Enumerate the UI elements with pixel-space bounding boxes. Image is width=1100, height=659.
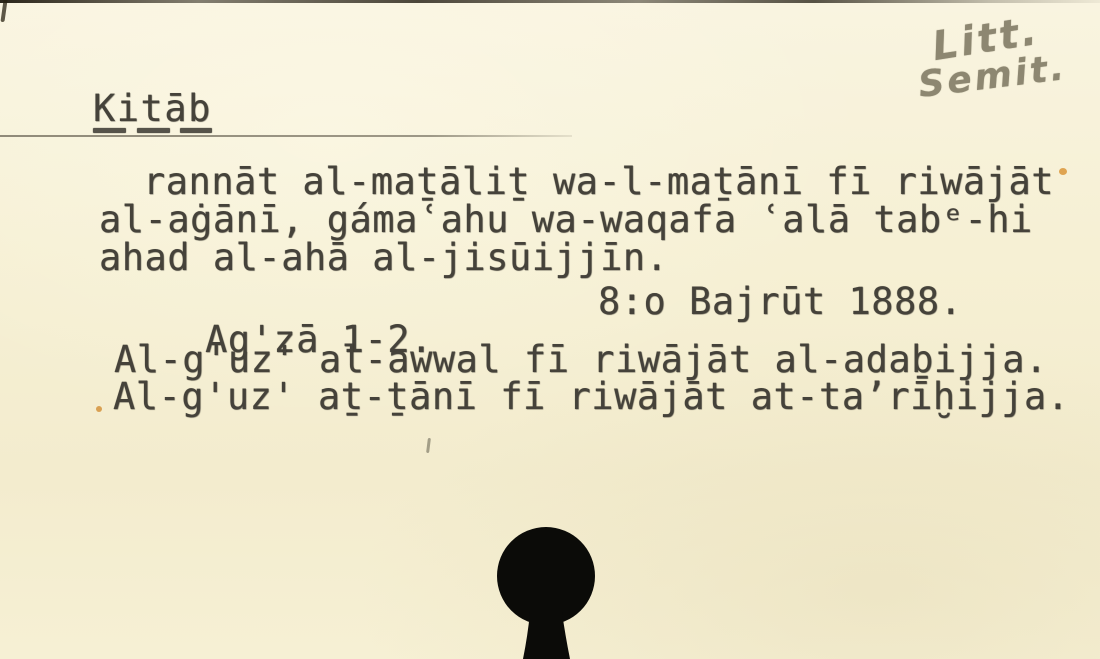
- punch-hole-icon: [0, 0, 1100, 659]
- catalog-card: Litt. Semit. Kitāb rannāt al-maṯāliṯ wa-…: [0, 0, 1100, 659]
